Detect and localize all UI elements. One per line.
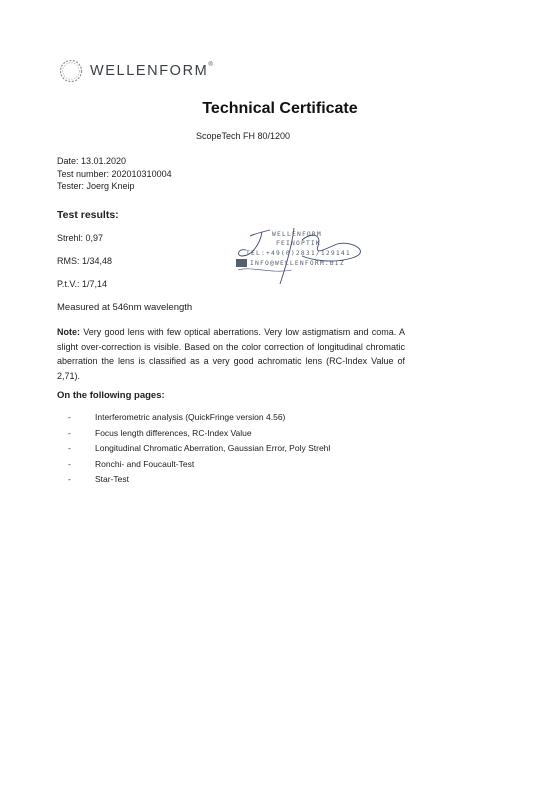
certificate-page: WELLENFORM® Technical Certificate ScopeT… — [0, 0, 560, 792]
note-label: Note: — [57, 327, 80, 337]
strehl-value: Strehl: 0,97 — [57, 233, 103, 243]
list-item: -Interferometric analysis (QuickFringe v… — [68, 410, 330, 426]
test-date: Date: 13.01.2020 — [57, 155, 172, 168]
ptv-value: P.t.V.: 1/7,14 — [57, 279, 107, 289]
wavelength-note: Measured at 546nm wavelength — [57, 302, 192, 313]
product-name: ScopeTech FH 80/1200 — [0, 131, 486, 141]
test-number: Test number: 202010310004 — [57, 168, 172, 181]
note-text: Very good lens with few optical aberrati… — [57, 327, 405, 381]
test-meta: Date: 13.01.2020 Test number: 2020103100… — [57, 155, 172, 193]
results-heading: Test results: — [57, 209, 119, 221]
list-item: -Focus length differences, RC-Index Valu… — [68, 426, 330, 442]
rms-value: RMS: 1/34,48 — [57, 256, 112, 266]
brand-logo: WELLENFORM® — [58, 58, 213, 84]
list-item: -Ronchi- and Foucault-Test — [68, 457, 330, 473]
assessment-note: Note: Very good lens with few optical ab… — [57, 325, 405, 383]
list-item: -Star-Test — [68, 472, 330, 488]
following-pages-heading: On the following pages: — [57, 390, 165, 401]
list-item: -Longitudinal Chromatic Aberration, Gaus… — [68, 441, 330, 457]
following-pages-list: -Interferometric analysis (QuickFringe v… — [68, 410, 330, 488]
brand-name: WELLENFORM® — [90, 63, 213, 79]
signature — [232, 226, 382, 286]
document-title: Technical Certificate — [0, 100, 560, 118]
dashed-ring-icon — [58, 58, 84, 84]
company-stamp: WELLENFORM FEINOPTIK TEL:+49(0)2831/1291… — [232, 226, 382, 286]
tester-name: Tester: Joerg Kneip — [57, 180, 172, 193]
